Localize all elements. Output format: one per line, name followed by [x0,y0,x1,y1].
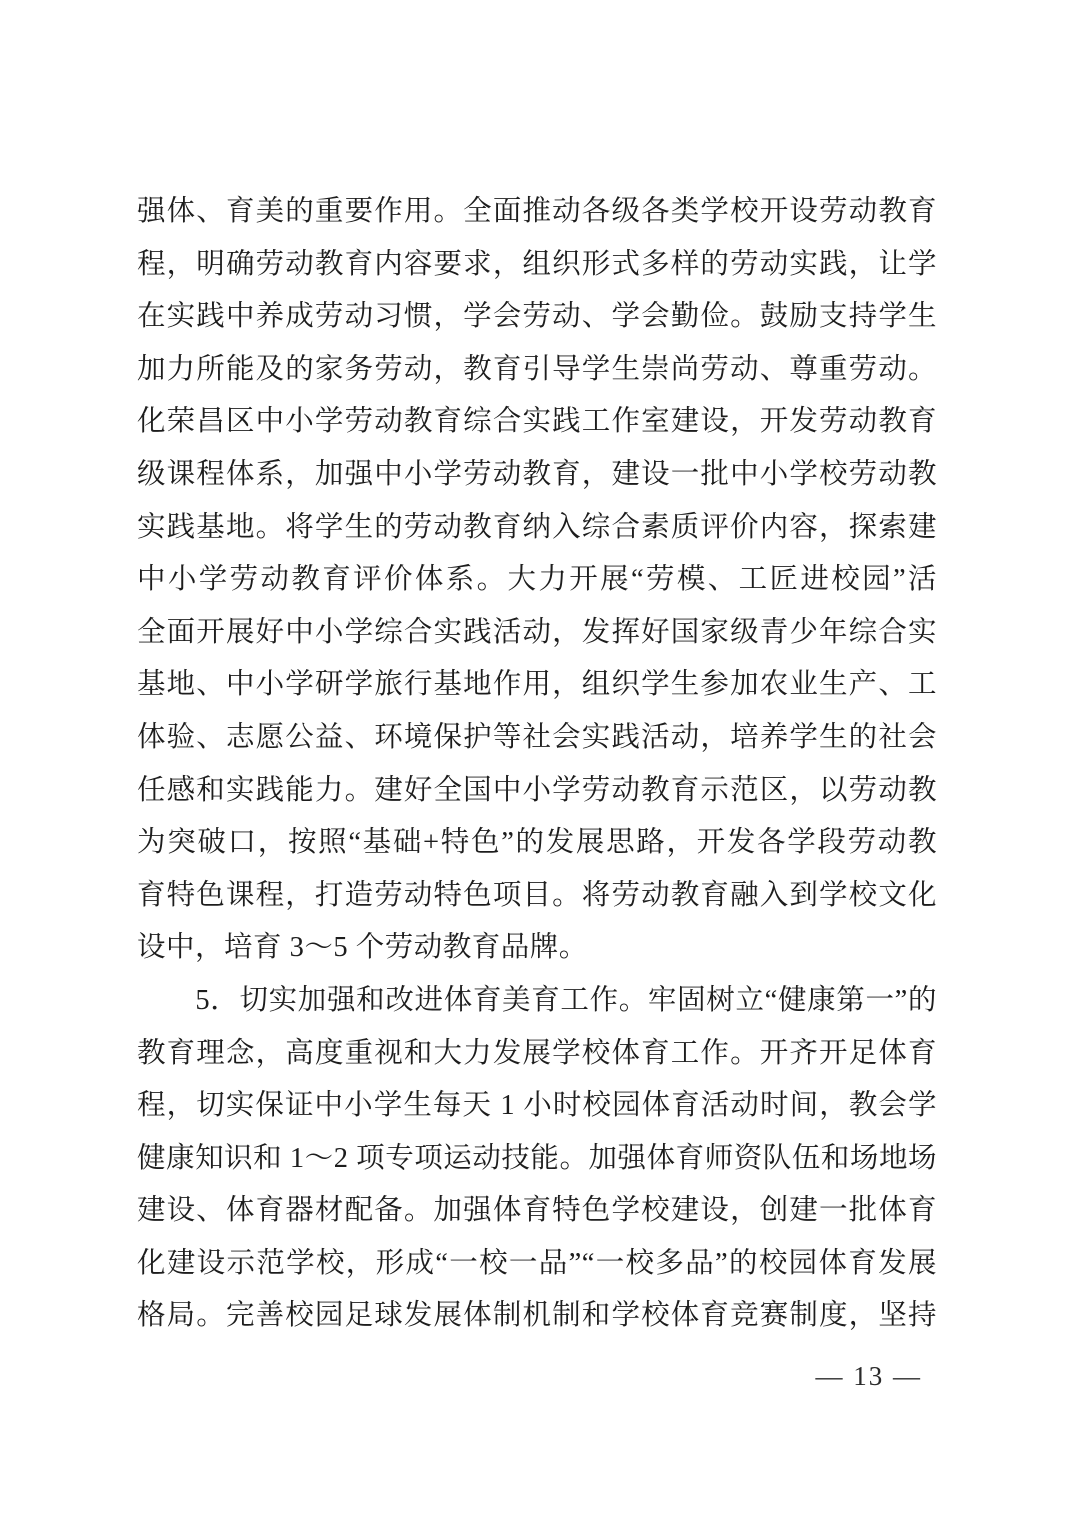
body-text-line: 在实践中养成劳动习惯，学会劳动、学会勤俭。鼓励支持学生参 [137,291,937,344]
body-text-line: 体验、志愿公益、环境保护等社会实践活动，培养学生的社会责 [137,712,937,765]
body-text-line: 化荣昌区中小学劳动教育综合实践工作室建设，开发劳动教育区 [137,396,937,449]
body-text-line: 格局。完善校园足球发展体制机制和学校体育竞赛制度，坚持开 [137,1290,937,1343]
document-page: 强体、育美的重要作用。全面推动各级各类学校开设劳动教育课 程，明确劳动教育内容要… [0,0,1074,1520]
body-text-line: 全面开展好中小学综合实践活动，发挥好国家级青少年综合实践 [137,607,937,660]
body-text-line: 强体、育美的重要作用。全面推动各级各类学校开设劳动教育课 [137,186,937,239]
body-text-line: 基地、中小学研学旅行基地作用，组织学生参加农业生产、工业 [137,659,937,712]
body-text-line: 建设、体育器材配备。加强体育特色学校建设，创建一批体育文 [137,1185,937,1238]
body-text-line-paragraph-end: 设中，培育 3～5 个劳动教育品牌。 [137,922,937,975]
body-text-block: 强体、育美的重要作用。全面推动各级各类学校开设劳动教育课 程，明确劳动教育内容要… [137,186,937,1343]
body-text-line: 教育理念，高度重视和大力发展学校体育工作。开齐开足体育课 [137,1028,937,1081]
body-text-line: 加力所能及的家务劳动，教育引导学生崇尚劳动、尊重劳动。强 [137,344,937,397]
body-text-line: 实践基地。将学生的劳动教育纳入综合素质评价内容，探索建立 [137,502,937,555]
page-number: — 13 — [816,1356,923,1396]
body-text-line: 中小学劳动教育评价体系。大力开展“劳模、工匠进校园”活动， [137,554,937,607]
body-text-line: 程，切实保证中小学生每天 1 小时校园体育活动时间，教会学生 [137,1080,937,1133]
body-text-line: 级课程体系，加强中小学劳动教育，建设一批中小学校劳动教育 [137,449,937,502]
body-text-line-paragraph-start: 5．切实加强和改进体育美育工作。牢固树立“健康第一”的 [137,975,937,1028]
body-text-line: 化建设示范学校，形成“一校一品”“一校多品”的校园体育发展 [137,1238,937,1291]
body-text-line: 育特色课程，打造劳动特色项目。将劳动教育融入到学校文化建 [137,870,937,923]
body-text-line: 为突破口，按照“基础+特色”的发展思路，开发各学段劳动教 [137,817,937,870]
body-text-line: 健康知识和 1～2 项专项运动技能。加强体育师资队伍和场地场馆 [137,1133,937,1186]
body-text-line: 任感和实践能力。建好全国中小学劳动教育示范区，以劳动教育 [137,765,937,818]
body-text-line: 程，明确劳动教育内容要求，组织形式多样的劳动实践，让学生 [137,239,937,292]
